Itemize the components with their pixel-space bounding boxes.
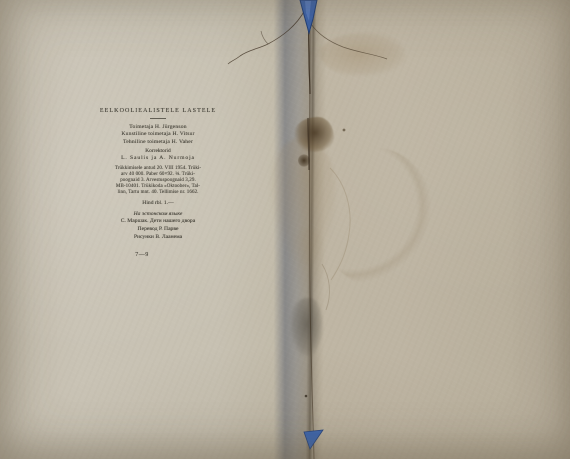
imprint-line: linn, Tartu mnt. 40. Tellimise nr. 1662. xyxy=(85,190,231,196)
colophon-text-block: EELKOOLIEALISTELE LASTELE Toimetaja H. J… xyxy=(85,108,231,258)
proofreaders-names: L. Saulis ja A. Nurmoja xyxy=(85,155,231,161)
price-line: Hind rbl. 1.— xyxy=(85,200,231,206)
imprint-block: Trükkimisele antud 20. VIII 1954. Trüki-… xyxy=(85,166,231,196)
faint-stain-ring-right-page xyxy=(318,148,434,286)
russian-block: На эстонском языке С. Маршак. Дети нашег… xyxy=(85,211,231,241)
russian-original-title: С. Маршак. Дети нашего двора xyxy=(85,218,231,226)
art-editor-credit: Kunstiline toimetaja H. Vitsur xyxy=(85,131,231,138)
spine-gutter-shadow xyxy=(295,0,327,459)
stain-outline-arc xyxy=(330,168,350,280)
tech-editor-credit: Tehniline toimetaja H. Vaher xyxy=(85,139,231,146)
page-range: 7—9 xyxy=(69,252,215,258)
series-title: EELKOOLIEALISTELE LASTELE xyxy=(85,108,231,114)
book-spread-photo: EELKOOLIEALISTELE LASTELE Toimetaja H. J… xyxy=(0,0,570,459)
divider-rule xyxy=(150,118,166,119)
tear-crack-left-fork xyxy=(261,31,268,44)
dark-speck xyxy=(343,129,346,132)
tear-crack-left xyxy=(228,10,305,64)
russian-illustrator: Рисунки В. Лаанема xyxy=(85,234,231,242)
water-stain-top-right xyxy=(320,32,406,76)
russian-translator: Перевод Р. Парве xyxy=(85,226,231,234)
